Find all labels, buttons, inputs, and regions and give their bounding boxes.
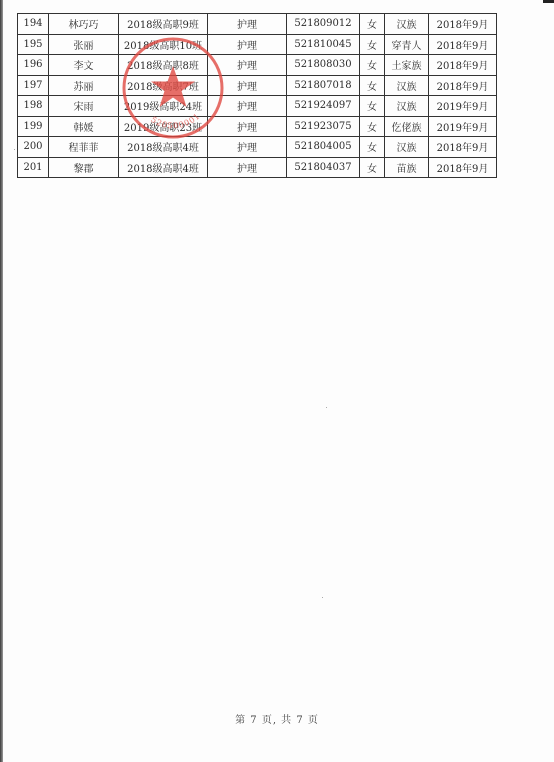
major-cell: 护理 bbox=[208, 137, 287, 158]
sex-cell: 女 bbox=[360, 137, 385, 158]
ethnicity-cell: 苗族 bbox=[385, 157, 429, 178]
enrollment-date-cell: 2018年9月 bbox=[429, 34, 497, 55]
class-name-cell: 2019级高职24班 bbox=[119, 96, 208, 117]
ethnicity-cell: 汉族 bbox=[385, 75, 429, 96]
ethnicity-cell: 土家族 bbox=[385, 55, 429, 76]
student-name-cell: 韩媛 bbox=[49, 116, 119, 137]
student-name-cell: 张丽 bbox=[49, 34, 119, 55]
enrollment-date-cell: 2018年9月 bbox=[429, 14, 497, 35]
major-cell: 护理 bbox=[208, 157, 287, 178]
sex-cell: 女 bbox=[360, 34, 385, 55]
ethnicity-cell: 汉族 bbox=[385, 14, 429, 35]
student-id-cell: 521810045 bbox=[287, 34, 360, 55]
table-row: 196李文2018级高职8班护理521808030女土家族2018年9月 bbox=[18, 55, 497, 76]
student-name-cell: 黎郡 bbox=[49, 157, 119, 178]
row-number-cell: 199 bbox=[18, 116, 49, 137]
row-number-cell: 198 bbox=[18, 96, 49, 117]
enrollment-date-cell: 2019年9月 bbox=[429, 96, 497, 117]
sex-cell: 女 bbox=[360, 157, 385, 178]
ethnicity-cell: 汉族 bbox=[385, 137, 429, 158]
student-name-cell: 程菲菲 bbox=[49, 137, 119, 158]
class-name-cell: 2018级高职9班 bbox=[119, 14, 208, 35]
sex-cell: 女 bbox=[360, 55, 385, 76]
class-name-cell: 2018级高职4班 bbox=[119, 137, 208, 158]
row-number-cell: 195 bbox=[18, 34, 49, 55]
ethnicity-cell: 汉族 bbox=[385, 96, 429, 117]
student-id-cell: 521807018 bbox=[287, 75, 360, 96]
table-row: 199韩媛2019级高职23班护理521923075女仡佬族2019年9月 bbox=[18, 116, 497, 137]
enrollment-date-cell: 2018年9月 bbox=[429, 75, 497, 96]
class-name-cell: 2019级高职23班 bbox=[119, 116, 208, 137]
student-id-cell: 521923075 bbox=[287, 116, 360, 137]
major-cell: 护理 bbox=[208, 55, 287, 76]
class-name-cell: 2018级高职4班 bbox=[119, 157, 208, 178]
student-name-cell: 宋雨 bbox=[49, 96, 119, 117]
student-id-cell: 521809012 bbox=[287, 14, 360, 35]
table-row: 195张丽2018级高职10班护理521810045女穿青人2018年9月 bbox=[18, 34, 497, 55]
student-id-cell: 521804037 bbox=[287, 157, 360, 178]
class-name-cell: 2018级高职8班 bbox=[119, 55, 208, 76]
sex-cell: 女 bbox=[360, 75, 385, 96]
sex-cell: 女 bbox=[360, 96, 385, 117]
enrollment-date-cell: 2018年9月 bbox=[429, 137, 497, 158]
major-cell: 护理 bbox=[208, 14, 287, 35]
row-number-cell: 200 bbox=[18, 137, 49, 158]
enrollment-date-cell: 2018年9月 bbox=[429, 55, 497, 76]
enrollment-date-cell: 2019年9月 bbox=[429, 116, 497, 137]
student-id-cell: 521924097 bbox=[287, 96, 360, 117]
scan-mark bbox=[543, 0, 554, 3]
sex-cell: 女 bbox=[360, 116, 385, 137]
major-cell: 护理 bbox=[208, 75, 287, 96]
student-name-cell: 李文 bbox=[49, 55, 119, 76]
sex-cell: 女 bbox=[360, 14, 385, 35]
row-number-cell: 194 bbox=[18, 14, 49, 35]
row-number-cell: 197 bbox=[18, 75, 49, 96]
table-row: 201黎郡2018级高职4班护理521804037女苗族2018年9月 bbox=[18, 157, 497, 178]
page-number-footer: 第 7 页, 共 7 页 bbox=[0, 711, 554, 726]
table-row: 200程菲菲2018级高职4班护理521804005女汉族2018年9月 bbox=[18, 137, 497, 158]
student-name-cell: 苏丽 bbox=[49, 75, 119, 96]
ethnicity-cell: 穿青人 bbox=[385, 34, 429, 55]
table-row: 194林巧巧2018级高职9班护理521809012女汉族2018年9月 bbox=[18, 14, 497, 35]
scan-edge-shadow bbox=[0, 0, 3, 762]
class-name-cell: 2018级高职10班 bbox=[119, 34, 208, 55]
student-roster-table: 194林巧巧2018级高职9班护理521809012女汉族2018年9月195张… bbox=[17, 13, 497, 178]
student-id-cell: 521808030 bbox=[287, 55, 360, 76]
student-name-cell: 林巧巧 bbox=[49, 14, 119, 35]
row-number-cell: 196 bbox=[18, 55, 49, 76]
major-cell: 护理 bbox=[208, 34, 287, 55]
major-cell: 护理 bbox=[208, 96, 287, 117]
row-number-cell: 201 bbox=[18, 157, 49, 178]
table-row: 198宋雨2019级高职24班护理521924097女汉族2019年9月 bbox=[18, 96, 497, 117]
table-row: 197苏丽2018级高职7班护理521807018女汉族2018年9月 bbox=[18, 75, 497, 96]
class-name-cell: 2018级高职7班 bbox=[119, 75, 208, 96]
ethnicity-cell: 仡佬族 bbox=[385, 116, 429, 137]
student-id-cell: 521804005 bbox=[287, 137, 360, 158]
major-cell: 护理 bbox=[208, 116, 287, 137]
enrollment-date-cell: 2018年9月 bbox=[429, 157, 497, 178]
